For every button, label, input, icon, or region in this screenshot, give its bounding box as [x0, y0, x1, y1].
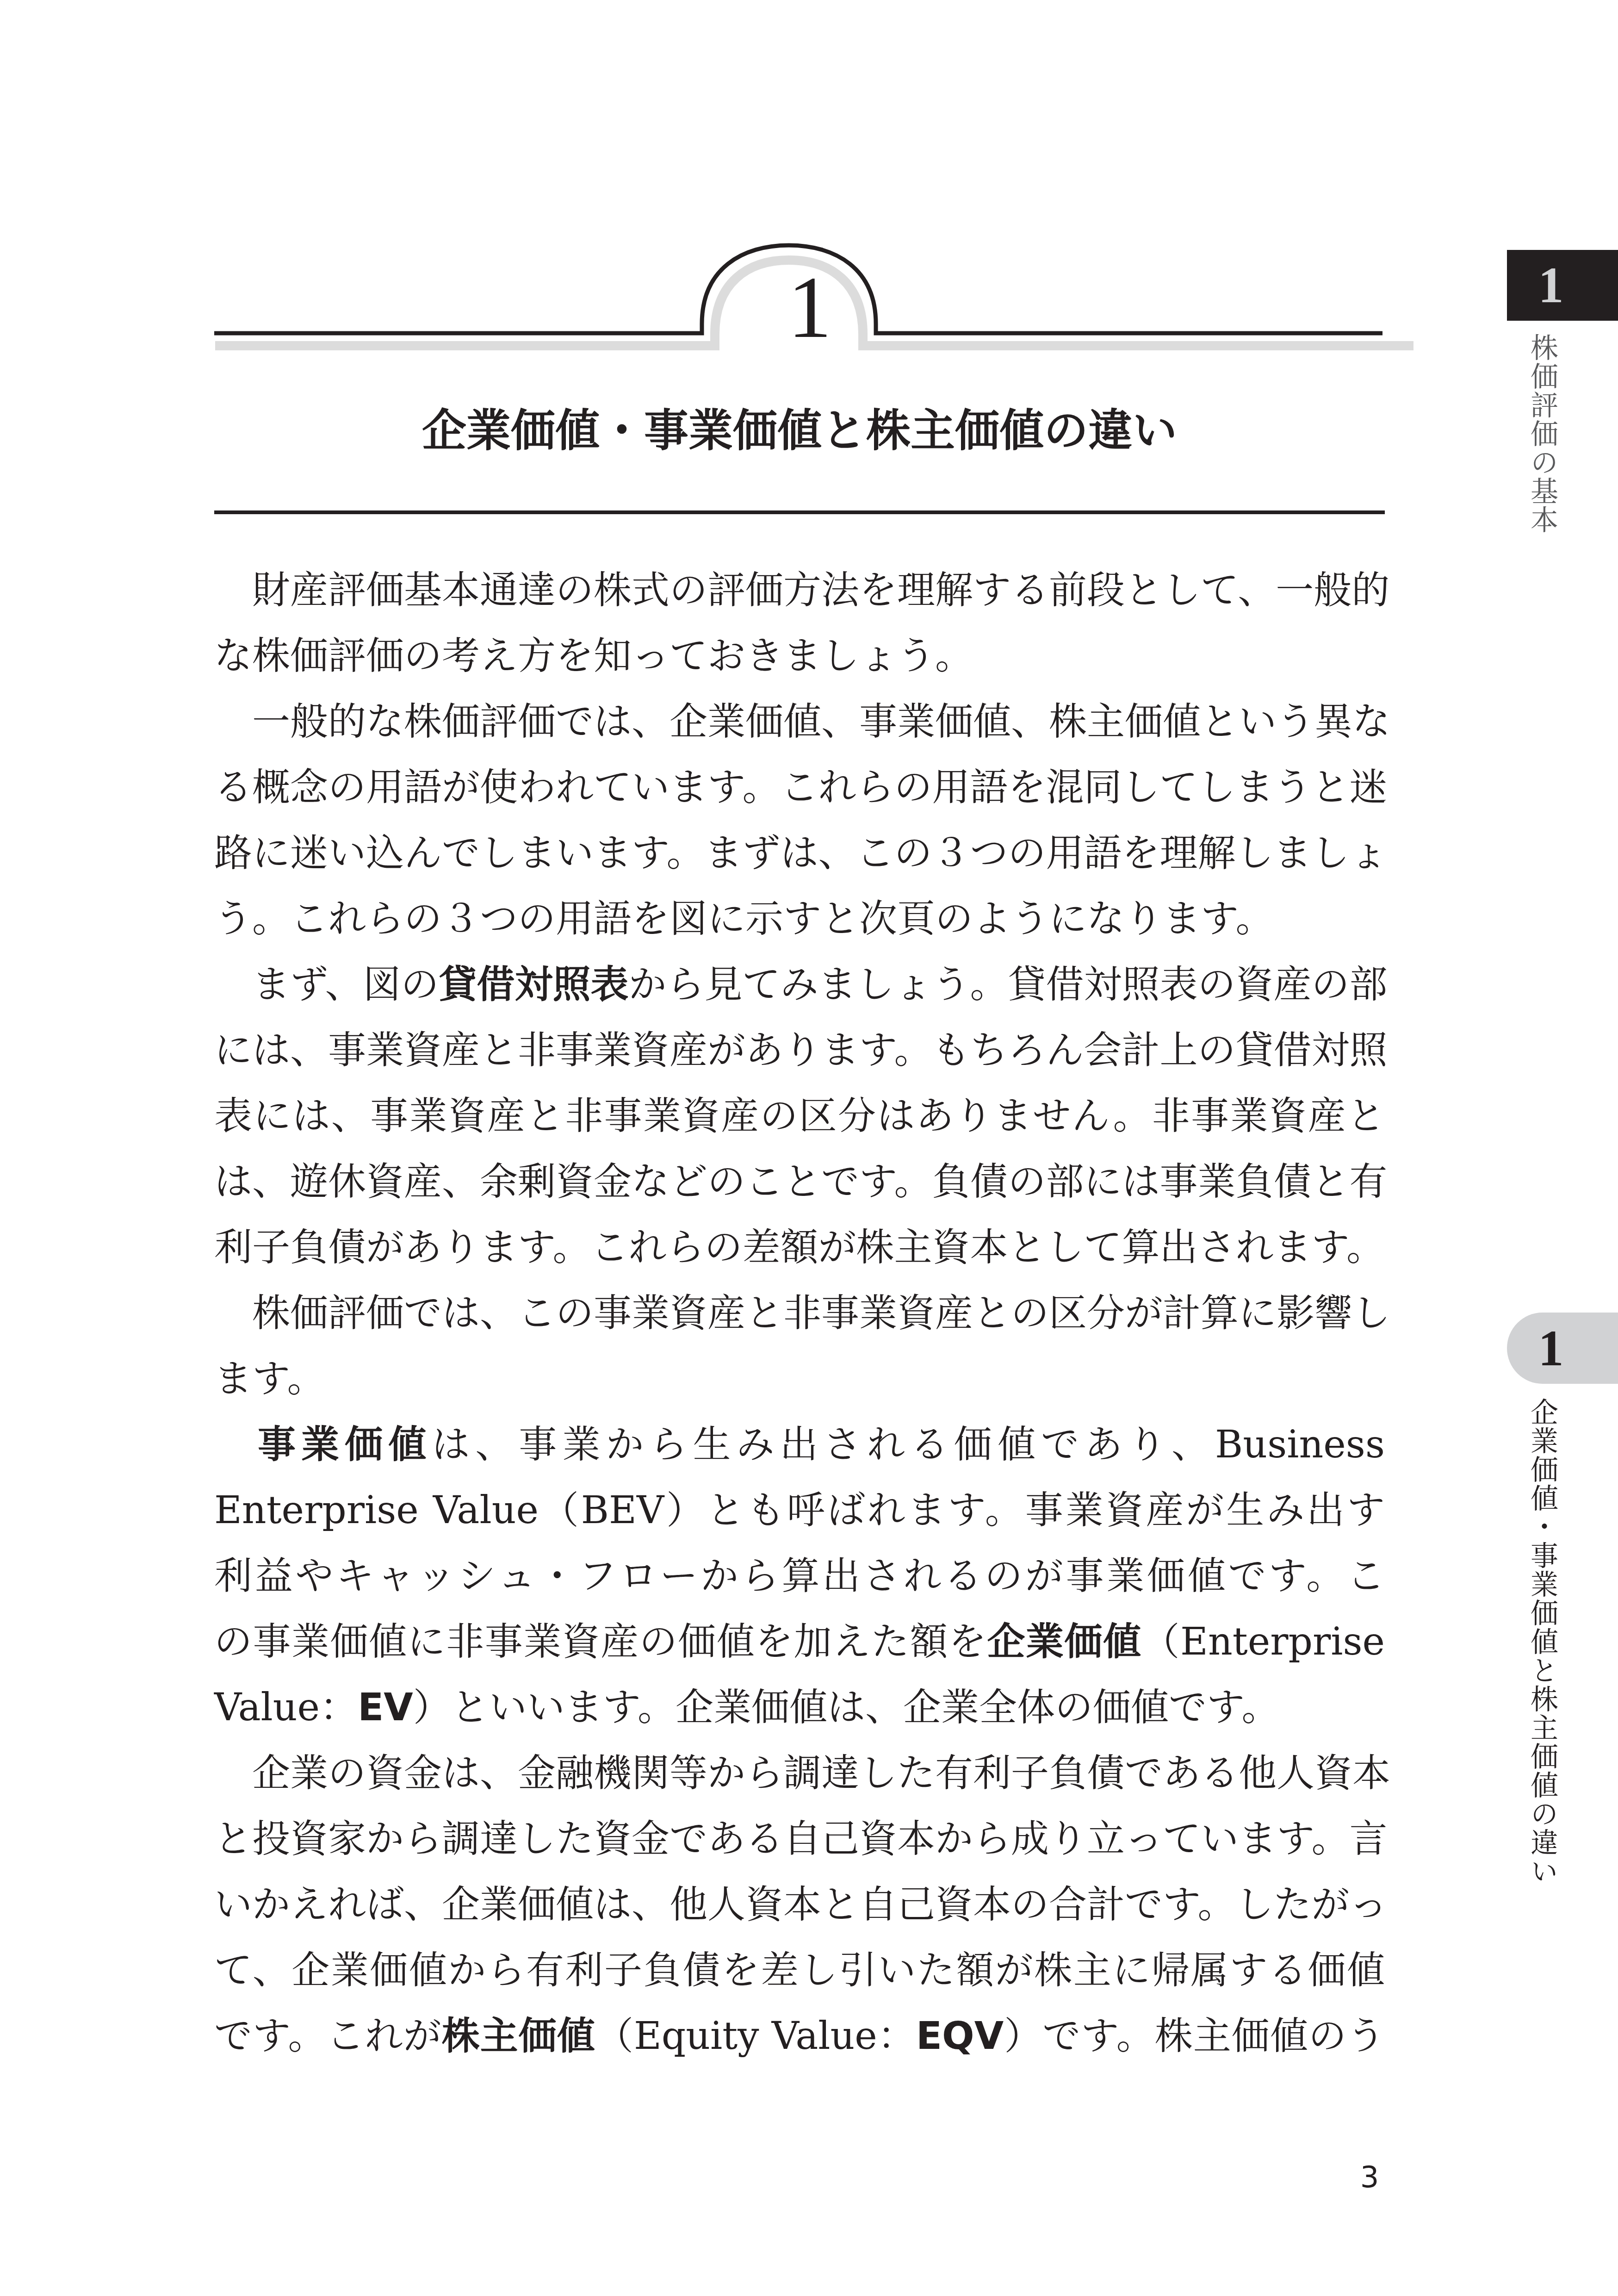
text-line: 利益やキャッシュ・フローから算出されるのが事業価値です。こ	[214, 1543, 1385, 1609]
text-segment: Enterprise Value（BEV）とも呼ばれます。事業資産が生み出す	[214, 1488, 1385, 1532]
text-line: 企業の資金は、金融機関等から調達した有利子負債である他人資本	[214, 1741, 1385, 1806]
emphasized-term: 株主価値	[442, 2014, 595, 2058]
text-segment: （Equity Value：	[595, 2014, 916, 2058]
text-segment: 企業の資金は、金融機関等から調達した有利子負債である他人資本	[214, 1751, 1390, 1795]
text-segment: から見てみましょう。貸借対照表の資産の部	[628, 963, 1387, 1007]
text-line: 表には、事業資産と非事業資産の区分はありません。非事業資産と	[214, 1083, 1385, 1149]
text-line: な株価評価の考え方を知っておきましょう。	[214, 623, 1385, 689]
text-line: て、企業価値から有利子負債を差し引いた額が株主に帰属する価値	[214, 1938, 1385, 2004]
text-segment: る概念の用語が使われています。これらの用語を混同してしまうと迷	[214, 765, 1387, 809]
text-segment: 利益やキャッシュ・フローから算出されるのが事業価値です。こ	[214, 1554, 1385, 1598]
thumb-tab-section: 1	[1507, 1313, 1618, 1384]
thumb-section-number: 1	[1507, 1313, 1595, 1384]
emphasized-term: 事業価値	[258, 1423, 432, 1467]
text-segment: まず、図の	[214, 963, 439, 1007]
text-segment: う。これらの３つの用語を図に示すと次頁のようになります。	[214, 897, 1273, 941]
text-segment: 一般的な株価評価では、企業価値、事業価値、株主価値という異な	[214, 700, 1390, 744]
text-line: 一般的な株価評価では、企業価値、事業価値、株主価値という異な	[214, 689, 1385, 755]
text-line: いかえれば、企業価値は、他人資本と自己資本の合計です。したがっ	[214, 1872, 1385, 1938]
text-segment: 表には、事業資産と非事業資産の区分はありません。非事業資産と	[214, 1094, 1385, 1138]
thumb-chapter-number: 1	[1507, 250, 1595, 321]
text-segment: です。これが	[214, 2014, 442, 2058]
emphasized-term: 貸借対照表	[439, 963, 628, 1007]
text-line: 事業価値は、事業から生み出される価値であり、Business	[214, 1412, 1385, 1478]
page-number: 3	[1342, 2159, 1397, 2196]
text-segment: ます。	[214, 1357, 325, 1401]
text-segment: は、遊休資産、余剰資金などのことです。負債の部には事業負債と有	[214, 1160, 1387, 1204]
text-segment: いかえれば、企業価値は、他人資本と自己資本の合計です。したがっ	[214, 1883, 1387, 1927]
text-line: 財産評価基本通達の株式の評価方法を理解する前段として、一般的	[214, 558, 1385, 623]
text-segment: 財産評価基本通達の株式の評価方法を理解する前段として、一般的	[214, 568, 1389, 612]
text-line: には、事業資産と非事業資産があります。もちろん会計上の貸借対照	[214, 1018, 1385, 1083]
text-line: Value：EV）といいます。企業価値は、企業全体の価値です。	[214, 1675, 1385, 1741]
text-line: 利子負債があります。これらの差額が株主資本として算出されます。	[214, 1215, 1385, 1281]
emphasized-term: EQV	[916, 2014, 1004, 2058]
text-line: ます。	[214, 1346, 1385, 1412]
text-line: の事業価値に非事業資産の価値を加えた額を企業価値（Enterprise	[214, 1609, 1385, 1675]
text-line: は、遊休資産、余剰資金などのことです。負債の部には事業負債と有	[214, 1149, 1385, 1215]
text-segment: （Enterprise	[1142, 1620, 1385, 1664]
text-segment: ）といいます。企業価値は、企業全体の価値です。	[413, 1686, 1280, 1730]
text-segment: な株価評価の考え方を知っておきましょう。	[214, 634, 973, 678]
text-segment: 利子負債があります。これらの差額が株主資本として算出されます。	[214, 1226, 1384, 1269]
text-segment: は、事業から生み出される価値であり、Business	[432, 1423, 1385, 1467]
text-segment: Value：	[214, 1686, 358, 1730]
chapter-number: 1	[763, 268, 856, 347]
text-line: です。これが株主価値（Equity Value：EQV）です。株主価値のう	[214, 2004, 1385, 2069]
thumb-section-label: 企業価値・事業価値と株主価値の違い	[1526, 1398, 1558, 1885]
text-segment: には、事業資産と非事業資産があります。もちろん会計上の貸借対照	[214, 1028, 1387, 1072]
text-line: 路に迷い込んでしまいます。まずは、この３つの用語を理解しましょ	[214, 821, 1385, 886]
text-segment	[214, 1423, 258, 1467]
emphasized-term: 企業価値	[987, 1620, 1141, 1664]
text-line: と投資家から調達した資金である自己資本から成り立っています。言	[214, 1806, 1385, 1872]
text-segment: と投資家から調達した資金である自己資本から成り立っています。言	[214, 1817, 1387, 1861]
text-segment: の事業価値に非事業資産の価値を加えた額を	[214, 1620, 987, 1664]
text-segment: て、企業価値から有利子負債を差し引いた額が株主に帰属する価値	[214, 1948, 1385, 1992]
thumb-tab-chapter: 1	[1507, 250, 1618, 321]
text-line: る概念の用語が使われています。これらの用語を混同してしまうと迷	[214, 755, 1385, 821]
title-underline	[214, 510, 1385, 514]
body-text: 財産評価基本通達の株式の評価方法を理解する前段として、一般的な株価評価の考え方を…	[214, 558, 1385, 2069]
text-segment: 株価評価では、この事業資産と非事業資産との区分が計算に影響し	[214, 1291, 1390, 1335]
text-line: う。これらの３つの用語を図に示すと次頁のようになります。	[214, 886, 1385, 952]
thumb-chapter-label: 株価評価の基本	[1526, 333, 1558, 534]
text-line: 株価評価では、この事業資産と非事業資産との区分が計算に影響し	[214, 1281, 1385, 1346]
text-line: まず、図の貸借対照表から見てみましょう。貸借対照表の資産の部	[214, 952, 1385, 1018]
text-segment: 路に迷い込んでしまいます。まずは、この３つの用語を理解しましょ	[214, 831, 1387, 875]
text-segment: ）です。株主価値のう	[1004, 2014, 1385, 2058]
section-title: 企業価値・事業価値と株主価値の違い	[214, 398, 1385, 463]
text-line: Enterprise Value（BEV）とも呼ばれます。事業資産が生み出す	[214, 1478, 1385, 1543]
emphasized-term: EV	[358, 1686, 413, 1730]
